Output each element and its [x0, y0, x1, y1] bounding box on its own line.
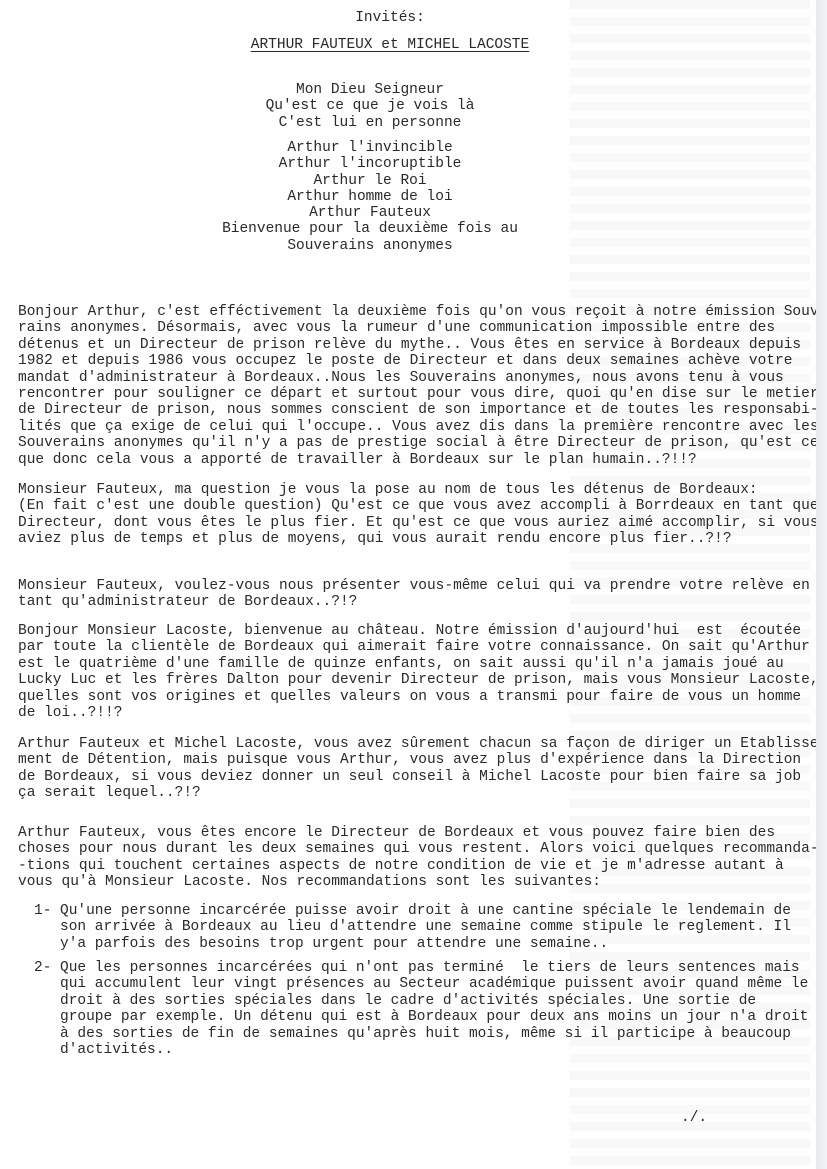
- para-line: Arthur Fauteux et Michel Lacoste, vous a…: [18, 736, 808, 752]
- poem-line: C'est lui en personne: [0, 115, 740, 131]
- recommendation-number: 1-: [34, 903, 51, 919]
- paragraph-recommendations-intro: Arthur Fauteux, vous êtes encore le Dire…: [18, 825, 808, 891]
- rec-line: y'a parfois des besoins trop urgent pour…: [60, 936, 791, 952]
- para-line: 1982 et depuis 1986 vous occupez le post…: [18, 353, 808, 369]
- para-line: aviez plus de temps et plus de moyens, q…: [18, 531, 808, 547]
- para-line: Monsieur Fauteux, ma question je vous la…: [18, 482, 808, 498]
- poem-line: Mon Dieu Seigneur: [0, 82, 740, 98]
- para-line: quelles sont vos origines et quelles val…: [18, 689, 808, 705]
- poem-stanza-1: Mon Dieu Seigneur Qu'est ce que je vois …: [0, 82, 740, 131]
- paragraph-question-pride: Monsieur Fauteux, ma question je vous la…: [18, 482, 808, 548]
- recommendation-number: 2-: [34, 960, 51, 976]
- poem-line: Bienvenue pour la deuxième fois au: [0, 221, 740, 237]
- rec-line: droit à des sorties spéciales dans le ca…: [60, 993, 808, 1009]
- rec-line: Qu'une personne incarcérée puisse avoir …: [60, 903, 791, 919]
- para-line: est le quatrième d'une famille de quinze…: [18, 656, 808, 672]
- rec-line: son arrivée à Bordeaux au lieu d'attendr…: [60, 919, 791, 935]
- document-page: Invités: ARTHUR FAUTEUX et MICHEL LACOST…: [0, 0, 816, 1169]
- para-line: ça serait lequel..?!?: [18, 785, 808, 801]
- poem-line: Qu'est ce que je vois là: [0, 98, 740, 114]
- para-line: de Bordeaux, si vous deviez donner un se…: [18, 769, 808, 785]
- page-edge: [816, 0, 827, 1169]
- guests-title: ARTHUR FAUTEUX et MICHEL LACOSTE: [0, 37, 780, 54]
- rec-line: à des sorties de fin de semaines qu'aprè…: [60, 1026, 808, 1042]
- para-line: tant qu'administrateur de Bordeaux..?!?: [18, 594, 808, 610]
- poem-line: Souverains anonymes: [0, 238, 740, 254]
- para-line: rencontrer pour souligner ce départ et s…: [18, 386, 808, 402]
- para-line: -tions qui touchent certaines aspects de…: [18, 858, 808, 874]
- continuation-mark: ./.: [681, 1110, 707, 1126]
- para-line: Bonjour Arthur, c'est efféctivement la d…: [18, 304, 808, 320]
- rec-line: groupe par exemple. Un détenu qui est à …: [60, 1009, 808, 1025]
- rec-line: Que les personnes incarcérées qui n'ont …: [60, 960, 808, 976]
- para-line: par toute la clientèle de Bordeaux qui a…: [18, 639, 808, 655]
- para-line: Directeur, dont vous êtes le plus fier. …: [18, 515, 808, 531]
- rec-line: qui accumulent leur vingt présences au S…: [60, 976, 808, 992]
- paragraph-intro: Bonjour Arthur, c'est efféctivement la d…: [18, 304, 808, 468]
- para-line: Lucky Luc et les frères Dalton pour deve…: [18, 672, 808, 688]
- rec-line: d'activités..: [60, 1042, 808, 1058]
- para-line: Monsieur Fauteux, voulez-vous nous prése…: [18, 578, 808, 594]
- poem-line: Arthur homme de loi: [0, 189, 740, 205]
- paragraph-advice: Arthur Fauteux et Michel Lacoste, vous a…: [18, 736, 808, 802]
- para-line: (En fait c'est une double question) Qu'e…: [18, 498, 808, 514]
- para-line: ment de Détention, mais puisque vous Art…: [18, 752, 808, 768]
- invites-label: Invités:: [0, 10, 780, 27]
- guests-names: ARTHUR FAUTEUX et MICHEL LACOSTE: [251, 37, 529, 53]
- poem-stanza-2: Arthur l'invincible Arthur l'incoruptibl…: [0, 140, 740, 254]
- para-line: Arthur Fauteux, vous êtes encore le Dire…: [18, 825, 808, 841]
- para-line: vous qu'à Monsieur Lacoste. Nos recomman…: [18, 874, 808, 890]
- paragraph-question-successor: Monsieur Fauteux, voulez-vous nous prése…: [18, 578, 808, 611]
- para-line: lités que ça exige de celui qui l'occupe…: [18, 419, 808, 435]
- para-line: de Directeur de prison, nous sommes cons…: [18, 402, 808, 418]
- poem-line: Arthur Fauteux: [0, 205, 740, 221]
- poem-line: Arthur l'incoruptible: [0, 156, 740, 172]
- para-line: rains anonymes. Désormais, avec vous la …: [18, 320, 808, 336]
- poem-line: Arthur le Roi: [0, 173, 740, 189]
- para-line: mandat d'administrateur à Bordeaux..Nous…: [18, 370, 808, 386]
- poem-line: Arthur l'invincible: [0, 140, 740, 156]
- para-line: de loi..?!!?: [18, 705, 808, 721]
- para-line: que donc cela vous a apporté de travaill…: [18, 452, 808, 468]
- paragraph-lacoste: Bonjour Monsieur Lacoste, bienvenue au c…: [18, 623, 808, 721]
- para-line: Bonjour Monsieur Lacoste, bienvenue au c…: [18, 623, 808, 639]
- para-line: choses pour nous durant les deux semaine…: [18, 841, 808, 857]
- para-line: détenus et un Directeur de prison relève…: [18, 337, 808, 353]
- para-line: Souverains anonymes qu'il n'y a pas de p…: [18, 435, 808, 451]
